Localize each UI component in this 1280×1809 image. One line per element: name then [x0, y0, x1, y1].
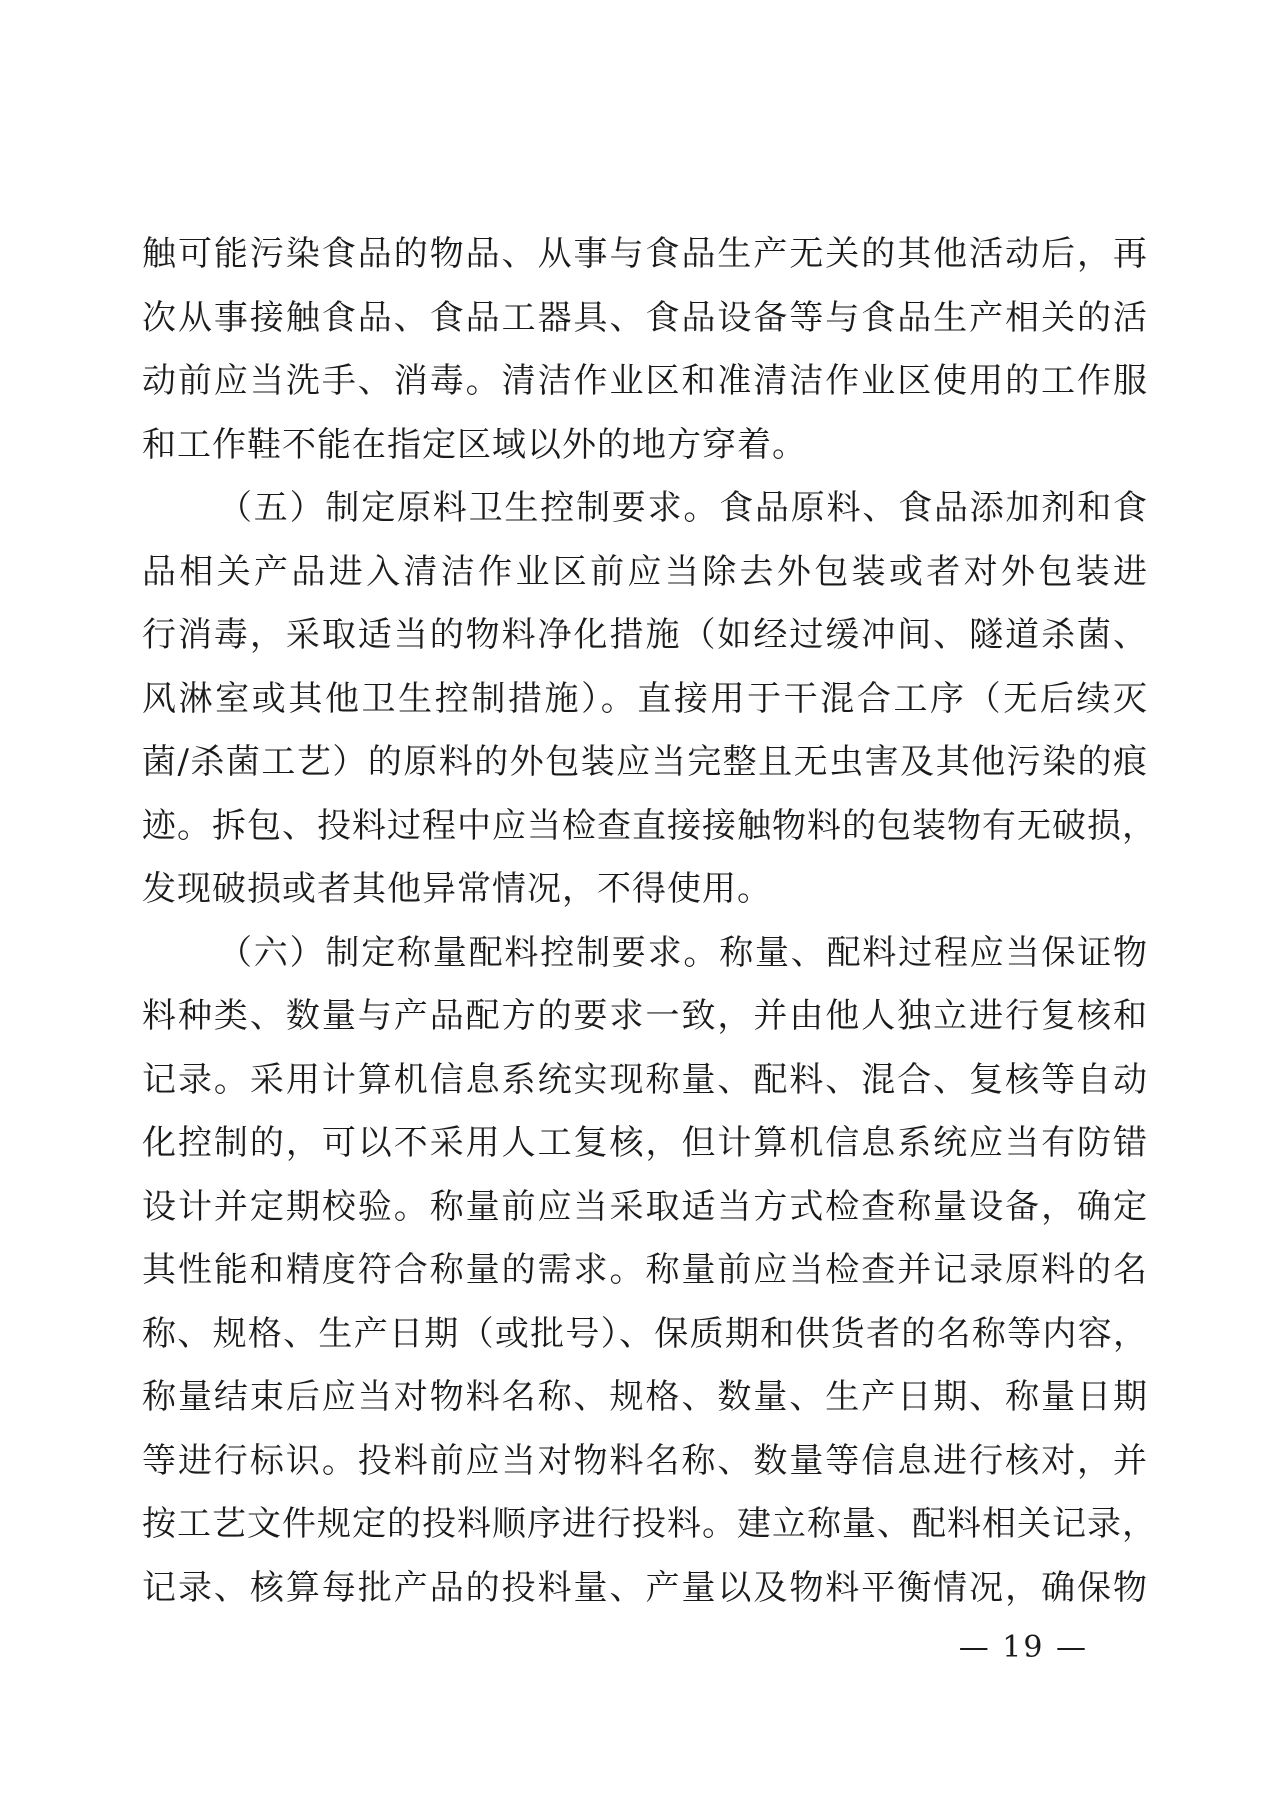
- body-text-line: 记录。采用计算机信息系统实现称量、配料、混合、复核等自动: [142, 1049, 1148, 1113]
- page-number: — 19 —: [959, 1628, 1088, 1668]
- paragraph-start-line: （六）制定称量配料控制要求。称量、配料过程应当保证物: [142, 922, 1148, 986]
- body-text-line: 记录、核算每批产品的投料量、产量以及物料平衡情况，确保物: [142, 1557, 1148, 1621]
- body-text-block: 触可能污染食品的物品、从事与食品生产无关的其他活动后，再 次从事接触食品、食品工…: [142, 223, 1148, 1620]
- body-text-line: 设计并定期校验。称量前应当采取适当方式检查称量设备，确定: [142, 1176, 1148, 1240]
- body-text-line: 行消毒，采取适当的物料净化措施（如经过缓冲间、隧道杀菌、: [142, 604, 1148, 668]
- body-text-line: 称、规格、生产日期（或批号）、保质期和供货者的名称等内容，: [142, 1303, 1148, 1367]
- body-text-line: 菌/杀菌工艺）的原料的外包装应当完整且无虫害及其他污染的痕: [142, 731, 1148, 795]
- body-text-line: 风淋室或其他卫生控制措施）。直接用于干混合工序（无后续灭: [142, 668, 1148, 732]
- body-text-line: 迹。拆包、投料过程中应当检查直接接触物料的包装物有无破损，: [142, 795, 1148, 859]
- body-text-line: 和工作鞋不能在指定区域以外的地方穿着。: [142, 414, 1148, 478]
- body-text-line: 化控制的，可以不采用人工复核，但计算机信息系统应当有防错: [142, 1112, 1148, 1176]
- body-text-line: 按工艺文件规定的投料顺序进行投料。建立称量、配料相关记录，: [142, 1493, 1148, 1557]
- body-text-line: 次从事接触食品、食品工器具、食品设备等与食品生产相关的活: [142, 287, 1148, 351]
- body-text-line: 其性能和精度符合称量的需求。称量前应当检查并记录原料的名: [142, 1239, 1148, 1303]
- body-text-line: 触可能污染食品的物品、从事与食品生产无关的其他活动后，再: [142, 223, 1148, 287]
- body-text-line: 品相关产品进入清洁作业区前应当除去外包装或者对外包装进: [142, 541, 1148, 605]
- body-text-line: 动前应当洗手、消毒。清洁作业区和准清洁作业区使用的工作服: [142, 350, 1148, 414]
- body-text-line: 料种类、数量与产品配方的要求一致，并由他人独立进行复核和: [142, 985, 1148, 1049]
- body-text-line: 等进行标识。投料前应当对物料名称、数量等信息进行核对，并: [142, 1430, 1148, 1494]
- body-text-line: 称量结束后应当对物料名称、规格、数量、生产日期、称量日期: [142, 1366, 1148, 1430]
- document-page: 触可能污染食品的物品、从事与食品生产无关的其他活动后，再 次从事接触食品、食品工…: [0, 0, 1280, 1809]
- body-text-line: 发现破损或者其他异常情况，不得使用。: [142, 858, 1148, 922]
- paragraph-start-line: （五）制定原料卫生控制要求。食品原料、食品添加剂和食: [142, 477, 1148, 541]
